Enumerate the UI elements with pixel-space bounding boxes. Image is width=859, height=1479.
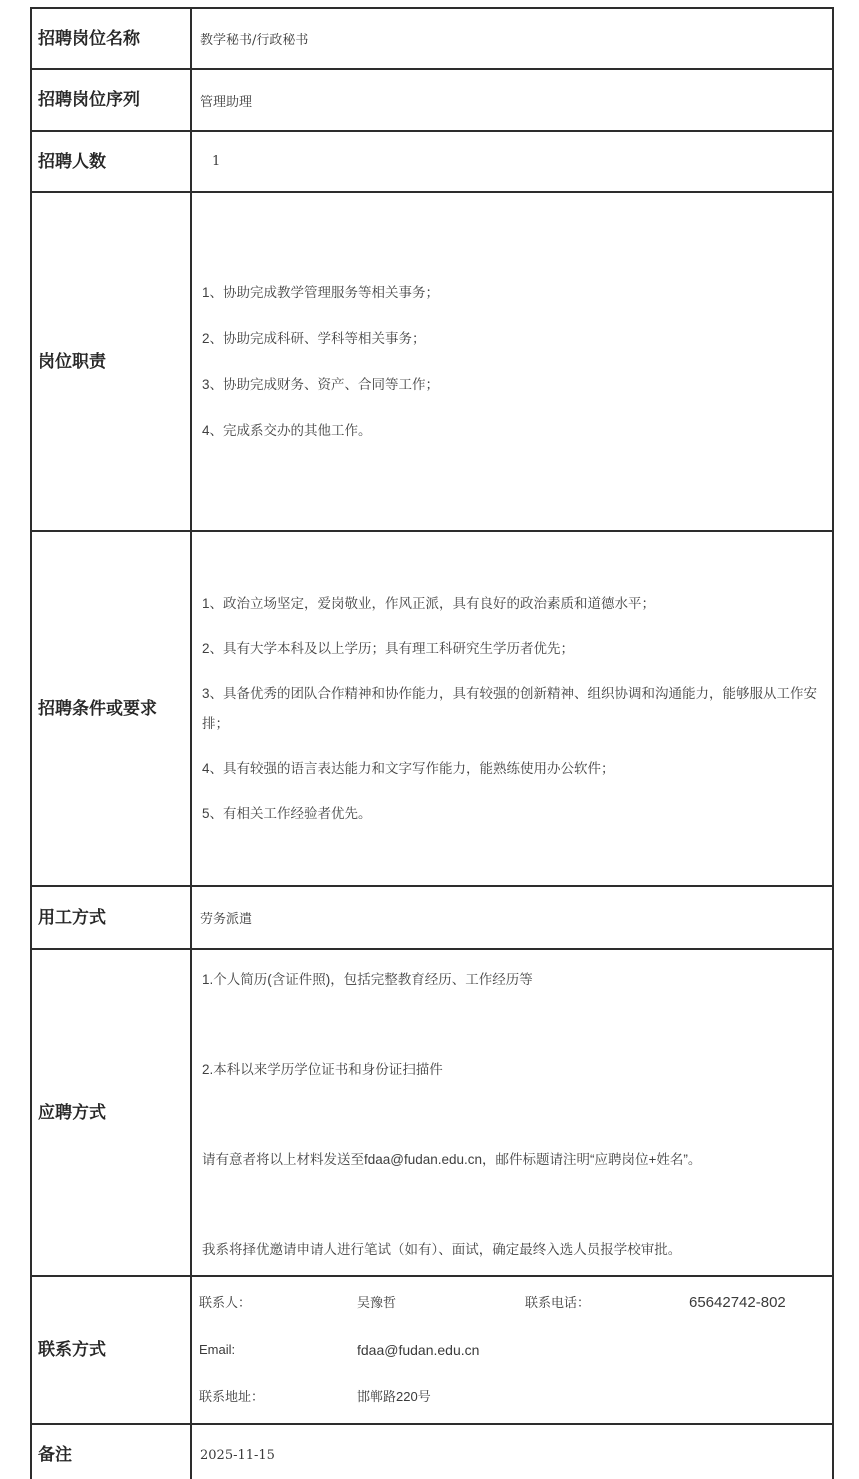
row-label-application-method: 应聘方式	[31, 949, 191, 1276]
requirement-item: 2、具有大学本科及以上学历；具有理工科研究生学历者优先；	[202, 634, 822, 664]
contact-grid: 联系人： 吴豫哲 联系电话： 65642742-802 Email: fdaa@…	[199, 1288, 824, 1412]
employment-type-value: 劳务派遣	[191, 886, 833, 949]
contact-person-label: 联系人：	[199, 1288, 357, 1318]
job-posting-table: 招聘岗位名称 教学秘书/行政秘书 招聘岗位序列 管理助理 招聘人数 1 岗位职责…	[30, 7, 834, 1479]
remark-value: 2025-11-15	[191, 1424, 833, 1479]
contact-address-label: 联系地址：	[199, 1382, 357, 1412]
row-label-remark: 备注	[31, 1424, 191, 1479]
requirements-cell: 1、政治立场坚定，爱岗敬业，作风正派，具有良好的政治素质和道德水平； 2、具有大…	[191, 531, 833, 886]
requirement-item: 1、政治立场坚定，爱岗敬业，作风正派，具有良好的政治素质和道德水平；	[202, 589, 822, 619]
application-item: 请有意者将以上材料发送至fdaa@fudan.edu.cn，邮件标题请注明“应聘…	[202, 1145, 822, 1175]
duty-item: 2、协助完成科研、学科等相关事务；	[202, 324, 822, 354]
table-row: 备注 2025-11-15	[31, 1424, 833, 1479]
duty-item: 4、完成系交办的其他工作。	[202, 416, 822, 446]
contact-phone-value: 65642742-802	[689, 1288, 824, 1318]
application-item: 我系将择优邀请申请人进行笔试（如有）、面试，确定最终入选人员报学校审批。	[202, 1235, 822, 1265]
row-label-requirements: 招聘条件或要求	[31, 531, 191, 886]
row-label-position-series: 招聘岗位序列	[31, 69, 191, 131]
table-row: 联系方式 联系人： 吴豫哲 联系电话： 65642742-802 Email: …	[31, 1276, 833, 1424]
row-label-headcount: 招聘人数	[31, 131, 191, 192]
table-row: 招聘人数 1	[31, 131, 833, 192]
requirement-item: 5、有相关工作经验者优先。	[202, 799, 822, 829]
table-row: 招聘岗位序列 管理助理	[31, 69, 833, 131]
row-label-employment-type: 用工方式	[31, 886, 191, 949]
duty-item: 1、协助完成教学管理服务等相关事务；	[202, 278, 822, 308]
contact-person-value: 吴豫哲	[357, 1288, 525, 1318]
contact-address-value: 邯郸路220号	[357, 1382, 824, 1412]
row-label-position-name: 招聘岗位名称	[31, 8, 191, 69]
table-row: 招聘条件或要求 1、政治立场坚定，爱岗敬业，作风正派，具有良好的政治素质和道德水…	[31, 531, 833, 886]
duties-cell: 1、协助完成教学管理服务等相关事务； 2、协助完成科研、学科等相关事务； 3、协…	[191, 192, 833, 531]
table-row: 岗位职责 1、协助完成教学管理服务等相关事务； 2、协助完成科研、学科等相关事务…	[31, 192, 833, 531]
application-method-cell: 1.个人简历(含证件照)，包括完整教育经历、工作经历等 2.本科以来学历学位证书…	[191, 949, 833, 1276]
job-posting-page: 招聘岗位名称 教学秘书/行政秘书 招聘岗位序列 管理助理 招聘人数 1 岗位职责…	[0, 0, 859, 1479]
requirement-item: 4、具有较强的语言表达能力和文字写作能力，能熟练使用办公软件；	[202, 754, 822, 784]
contact-email-label: Email:	[199, 1335, 357, 1365]
table-row: 招聘岗位名称 教学秘书/行政秘书	[31, 8, 833, 69]
contact-phone-label: 联系电话：	[525, 1288, 689, 1318]
contact-cell: 联系人： 吴豫哲 联系电话： 65642742-802 Email: fdaa@…	[191, 1276, 833, 1424]
position-name-value: 教学秘书/行政秘书	[191, 8, 833, 69]
application-item: 1.个人简历(含证件照)，包括完整教育经历、工作经历等	[202, 965, 822, 995]
table-row: 用工方式 劳务派遣	[31, 886, 833, 949]
position-series-value: 管理助理	[191, 69, 833, 131]
row-label-contact: 联系方式	[31, 1276, 191, 1424]
application-item: 2.本科以来学历学位证书和身份证扫描件	[202, 1055, 822, 1085]
duty-item: 3、协助完成财务、资产、合同等工作；	[202, 370, 822, 400]
row-label-duties: 岗位职责	[31, 192, 191, 531]
headcount-value: 1	[191, 131, 833, 192]
requirement-item: 3、具备优秀的团队合作精神和协作能力，具有较强的创新精神、组织协调和沟通能力，能…	[202, 679, 822, 739]
contact-email-value: fdaa@fudan.edu.cn	[357, 1335, 824, 1365]
table-row: 应聘方式 1.个人简历(含证件照)，包括完整教育经历、工作经历等 2.本科以来学…	[31, 949, 833, 1276]
